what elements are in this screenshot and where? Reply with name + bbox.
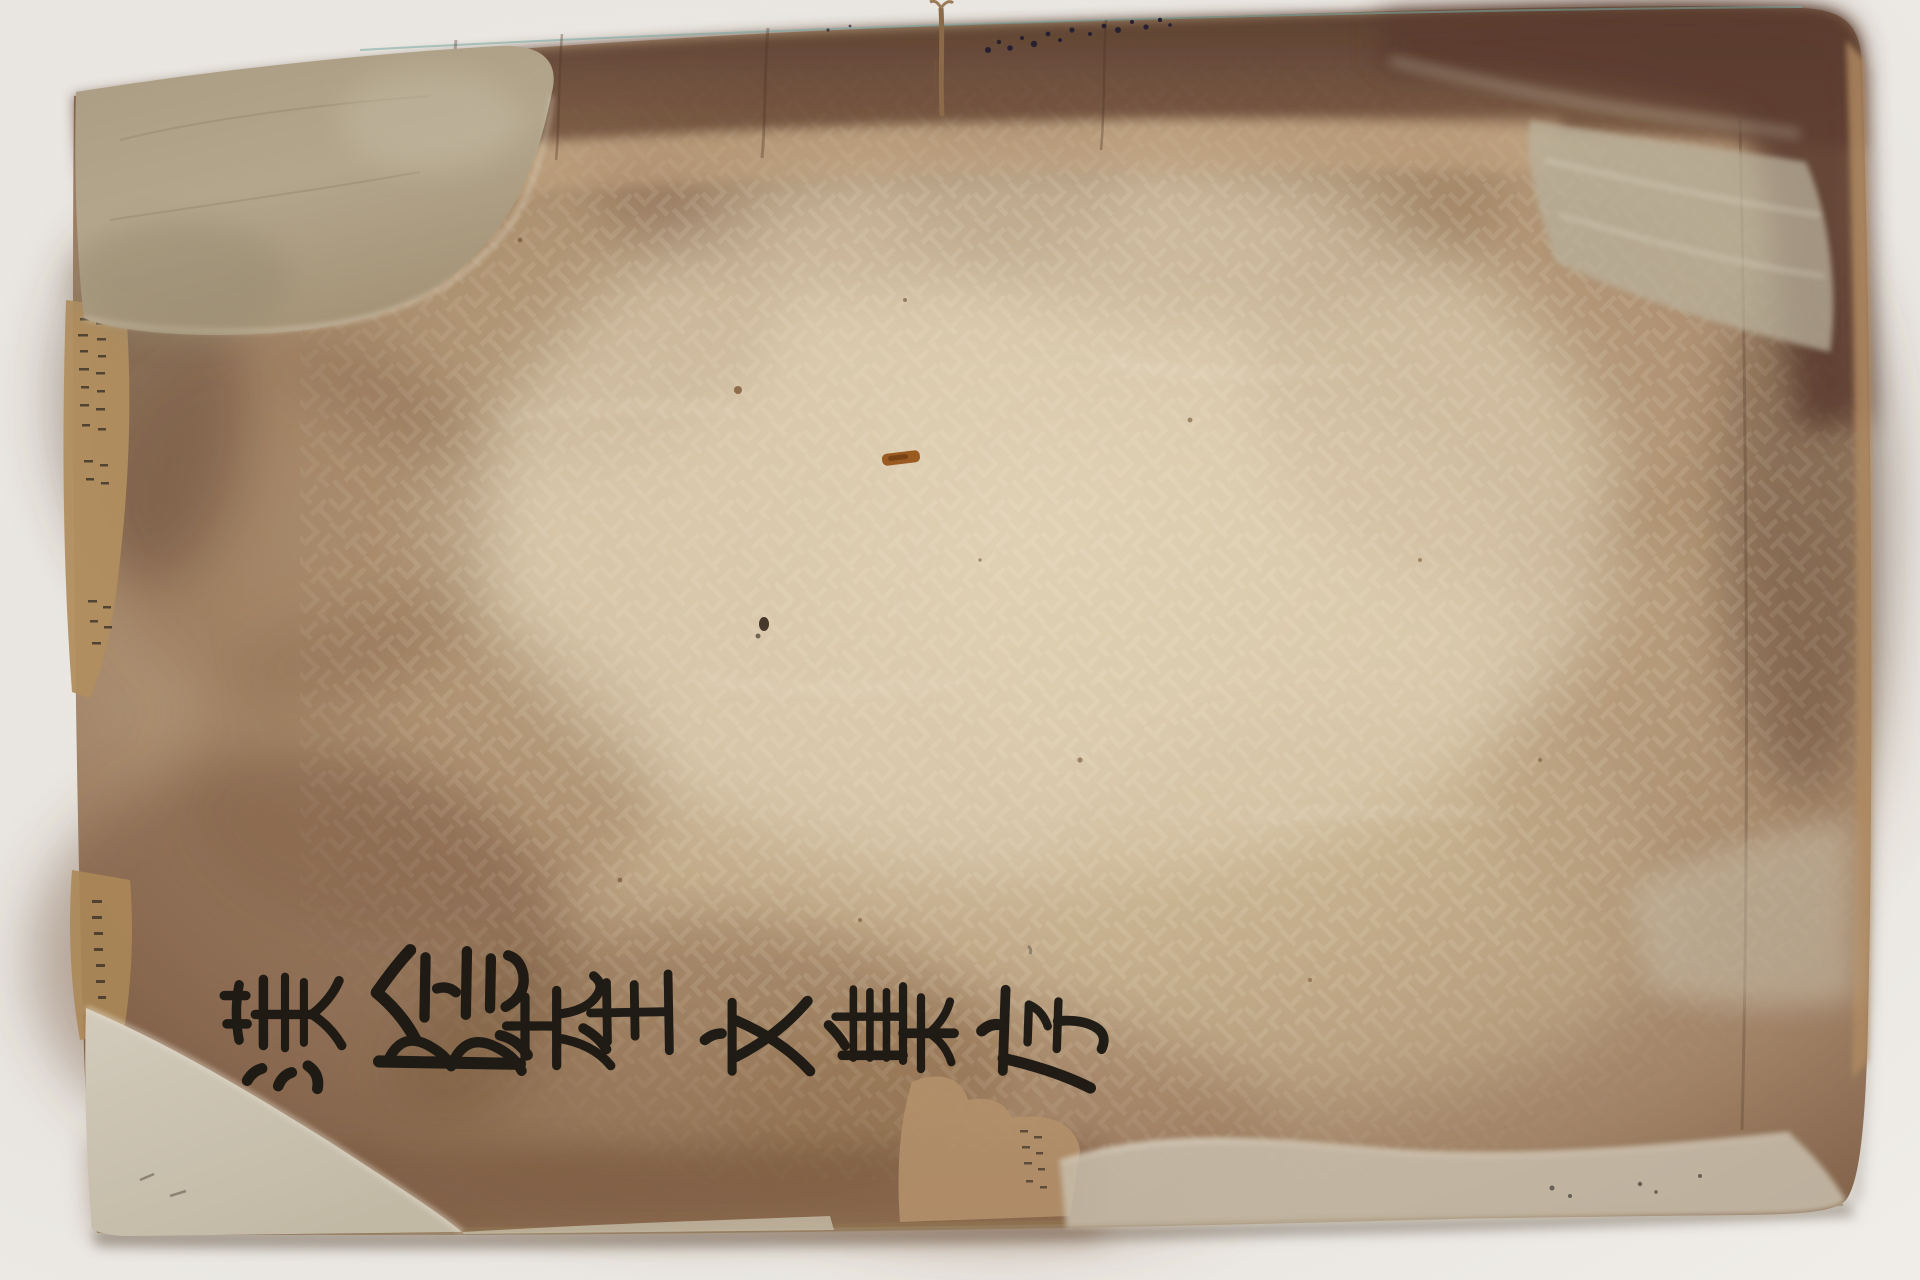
photo-of-antique-book: 漢陰先生文集序 漢 陰 先 生 文 集 序 福島 元東 色男 ら xyxy=(0,0,1920,1280)
book-cover xyxy=(30,1,1890,1250)
photo-canvas xyxy=(0,0,1920,1280)
